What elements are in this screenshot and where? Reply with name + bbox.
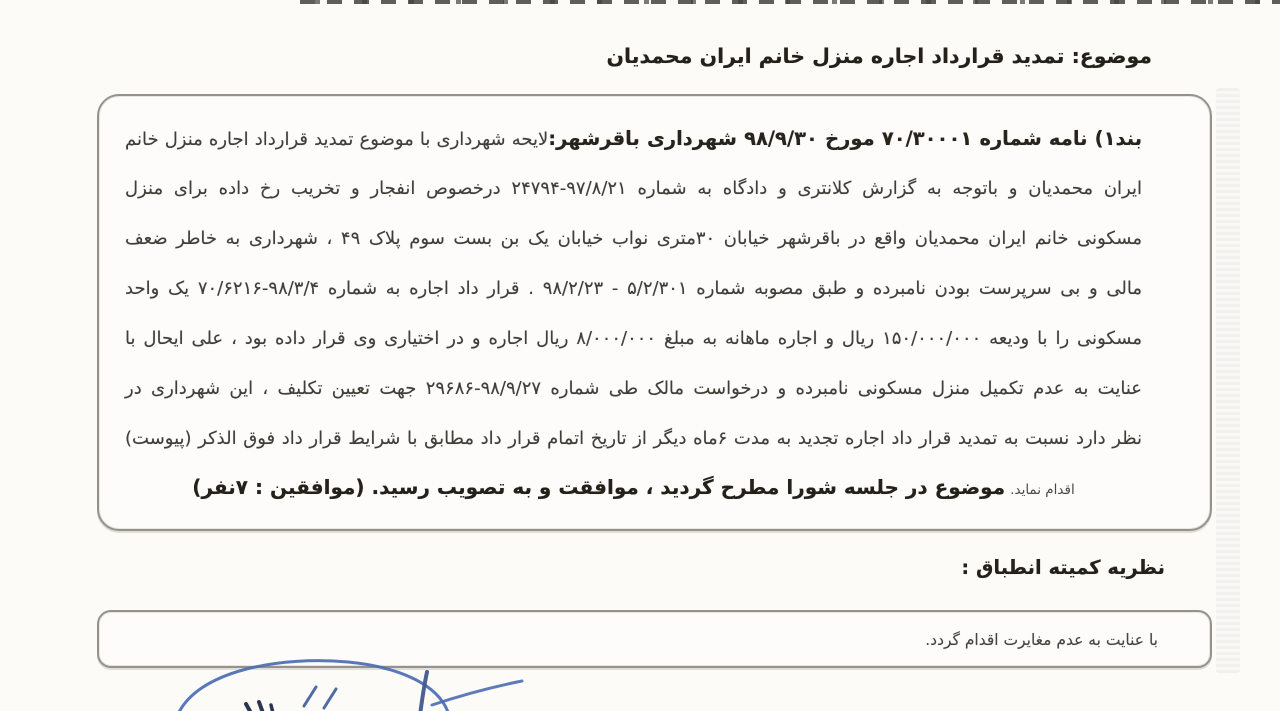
clause-box: بند۱) نامه شماره ۷۰/۳۰۰۰۱ مورخ ۹۸/۹/۳۰ ش…: [97, 94, 1212, 531]
cropped-text-top: [300, 0, 1280, 9]
clause-line-3: مسکونی خانم ایران محمدیان واقع در باقرشه…: [125, 214, 1142, 264]
clause-line-1-text: لایحه شهرداری با موضوع تمدید قرارداد اجا…: [125, 129, 548, 150]
resolution-prefix: اقدام نماید.: [1010, 482, 1075, 498]
clause-line-6: عنایت به عدم تکمیل منزل مسکونی نامبرده و…: [125, 364, 1142, 414]
clause-line-7: نظر دارد نسبت به تمدید قرار داد اجاره تج…: [125, 414, 1142, 464]
signature-ink: [118, 655, 548, 711]
clause-line-5: مسکونی را با ودیعه ۱۵۰/۰۰۰/۰۰۰ ریال و اج…: [125, 314, 1142, 364]
clause-line-2: ایران محمدیان و باتوجه به گزارش کلانتری …: [125, 164, 1142, 214]
subject-heading: موضوع: تمدید قرارداد اجاره منزل خانم ایر…: [607, 44, 1152, 68]
clause-line-1: بند۱) نامه شماره ۷۰/۳۰۰۰۱ مورخ ۹۸/۹/۳۰ ش…: [125, 114, 1142, 164]
clause-lead-bold: بند۱) نامه شماره ۷۰/۳۰۰۰۱ مورخ ۹۸/۹/۳۰ ش…: [548, 127, 1142, 150]
committee-heading: نظریه کمیته انطباق :: [961, 556, 1165, 579]
clause-line-4: مالی و بی سرپرست بودن نامبرده و طبق مصوب…: [125, 264, 1142, 314]
scan-shadow-band: [1216, 88, 1240, 673]
document-page: { "page": { "background_color": "#fcfbf8…: [0, 0, 1280, 711]
resolution-bold: موضوع در جلسه شورا مطرح گردید ، موافقت و…: [192, 475, 1005, 499]
resolution-line: اقدام نماید. موضوع در جلسه شورا مطرح گرد…: [125, 464, 1142, 510]
